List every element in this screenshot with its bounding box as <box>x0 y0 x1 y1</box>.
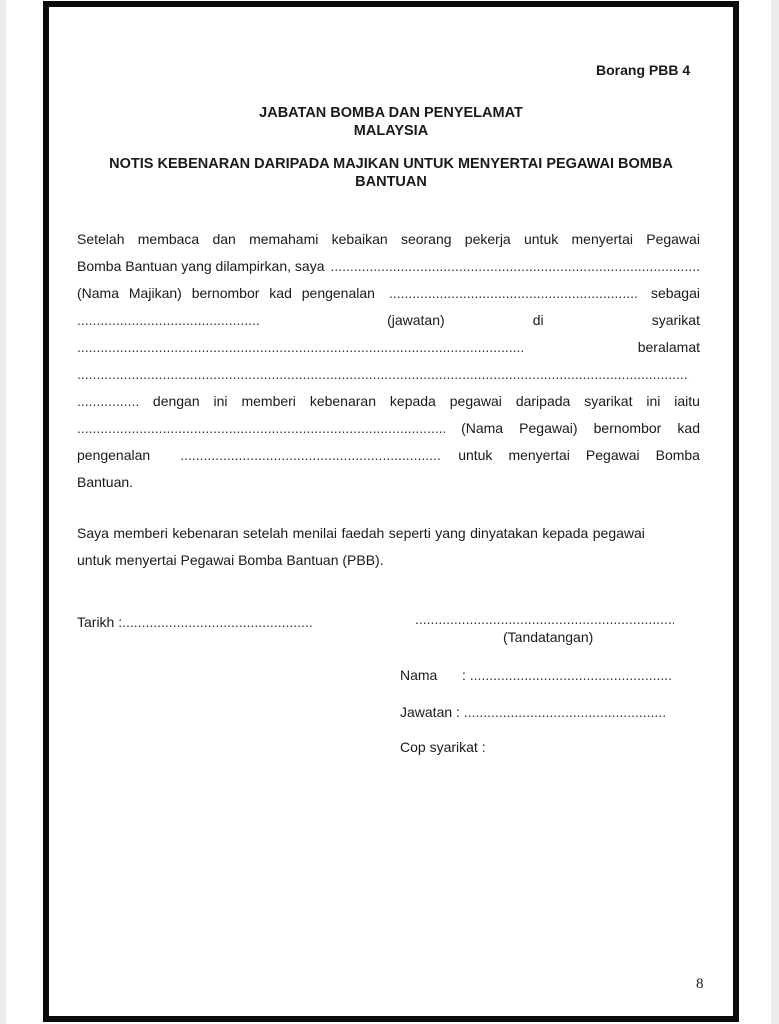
paragraph2-line2: untuk menyertai Pegawai Bomba Bantuan (P… <box>77 551 700 569</box>
intro-text: Bomba Bantuan yang dilampirkan, saya <box>77 257 324 275</box>
employee-ic-blank[interactable]: ........................................… <box>180 446 442 464</box>
name-colon: : <box>462 667 466 683</box>
paragraph1-line8-word: bernombor <box>594 419 662 437</box>
name-blank[interactable]: ........................................… <box>470 666 672 684</box>
paragraph1-line1-word: Pegawai <box>646 230 700 248</box>
employee-name-blank[interactable]: ........................................… <box>77 419 445 437</box>
employer-label-text: (Nama Majikan) bernombor kad pengenalan <box>77 284 375 302</box>
paragraph1-line5: ........................................… <box>77 338 700 356</box>
paragraph1-line7-word: kepada <box>390 392 436 410</box>
notice-title-line2: BANTUAN <box>49 173 733 191</box>
position-field-blank[interactable]: ........................................… <box>464 703 667 721</box>
paragraph1-line9-word: menyertai <box>508 446 569 464</box>
paragraph2-line1: Saya memberi kebenaran setelah menilai f… <box>77 524 700 542</box>
paragraph1-line1-word: Setelah <box>77 230 124 248</box>
consent-text-line1: Saya memberi kebenaran setelah menilai f… <box>77 524 645 542</box>
consent-text-line2: untuk menyertai Pegawai Bomba Bantuan (P… <box>77 551 384 569</box>
paragraph1-line10: Bantuan. <box>77 473 700 491</box>
paragraph1-line9-word: untuk <box>458 446 492 464</box>
company-name-blank[interactable]: ........................................… <box>77 338 524 356</box>
paragraph1-line7: ........................................… <box>77 392 700 410</box>
name-label: Nama <box>400 666 462 684</box>
position-field-label: Jawatan : <box>400 704 460 720</box>
paragraph1-line8: ........................................… <box>77 419 700 437</box>
ic-label-text: pengenalan <box>77 446 150 464</box>
paragraph1-line1-word: memahami <box>249 230 318 248</box>
agency-title: JABATAN BOMBA DAN PENYELAMAT MALAYSIA <box>49 104 733 140</box>
paragraph1-line6: ........................................… <box>77 365 700 383</box>
paragraph1-line1-word: seorang <box>401 230 452 248</box>
page-number: 8 <box>696 976 704 993</box>
agency-title-line2: MALAYSIA <box>49 122 733 140</box>
as-text: sebagai <box>651 284 700 302</box>
agency-title-line1: JABATAN BOMBA DAN PENYELAMAT <box>49 104 733 122</box>
notice-title: NOTIS KEBENARAN DARIPADA MAJIKAN UNTUK M… <box>49 155 733 191</box>
employer-ic-blank[interactable]: ........................................… <box>389 284 637 302</box>
paragraph1-line9-word: Bomba <box>656 446 700 464</box>
date-blank[interactable]: ........................................… <box>122 613 312 631</box>
bantuan-text: Bantuan. <box>77 473 133 491</box>
company-text: syarikat <box>652 311 700 329</box>
paragraph1-line7-word: kebenaran <box>310 392 376 410</box>
employer-name-blank[interactable]: ........................................… <box>330 257 700 275</box>
name-field: Nama: ..................................… <box>400 666 672 684</box>
paragraph1-line8-word: (Nama <box>461 419 503 437</box>
form-code: Borang PBB 4 <box>596 62 690 78</box>
paragraph1-line1-word: untuk <box>524 230 558 248</box>
date-field: Tarikh :................................… <box>77 613 312 631</box>
address-blank[interactable]: ........................................… <box>77 365 689 383</box>
signature-blank[interactable]: ........................................… <box>415 610 674 628</box>
paragraph1-line7-word: ini <box>214 392 228 410</box>
paragraph1-line8-word: Pegawai) <box>519 419 577 437</box>
paragraph1-line1-word: pekerja <box>465 230 511 248</box>
paragraph1-line1: Setelahmembacadanmemahamikebaikanseorang… <box>77 230 700 248</box>
paragraph1-line7-word: dengan <box>153 392 200 410</box>
paragraph1-line1-word: menyertai <box>572 230 633 248</box>
address-blank-continued[interactable]: ........................................… <box>77 392 139 410</box>
paragraph1-line8-word: kad <box>677 419 700 437</box>
paragraph1-line1-word: membaca <box>138 230 199 248</box>
paragraph1-line7-word: ini <box>646 392 660 410</box>
paragraph1-line3: (Nama Majikan) bernombor kad pengenalan … <box>77 284 700 302</box>
paragraph1-line9-word: Pegawai <box>586 446 640 464</box>
position-blank[interactable]: ........................................… <box>77 311 259 329</box>
paragraph1-line7-word: pegawai <box>450 392 502 410</box>
paragraph1-line7-word: daripada <box>516 392 571 410</box>
position-field: Jawatan : ..............................… <box>400 703 667 721</box>
paragraph1-line9: pengenalan .............................… <box>77 446 700 464</box>
notice-title-line1: NOTIS KEBENARAN DARIPADA MAJIKAN UNTUK M… <box>49 155 733 173</box>
paragraph1-line7-word: syarikat <box>584 392 632 410</box>
paragraph1-line2: Bomba Bantuan yang dilampirkan, saya ...… <box>77 257 700 275</box>
company-stamp-label: Cop syarikat : <box>400 738 486 756</box>
signature-caption: (Tandatangan) <box>503 628 593 646</box>
date-label: Tarikh : <box>77 614 122 630</box>
paragraph1-line1-word: dan <box>212 230 235 248</box>
at-text: di <box>533 311 544 329</box>
paragraph1-line7-word: memberi <box>241 392 295 410</box>
paragraph1-line7-word: iaitu <box>674 392 700 410</box>
position-label: (jawatan) <box>387 311 445 329</box>
paragraph1-line4: ........................................… <box>77 311 700 329</box>
paragraph1-line1-word: kebaikan <box>332 230 388 248</box>
address-text: beralamat <box>638 338 700 356</box>
